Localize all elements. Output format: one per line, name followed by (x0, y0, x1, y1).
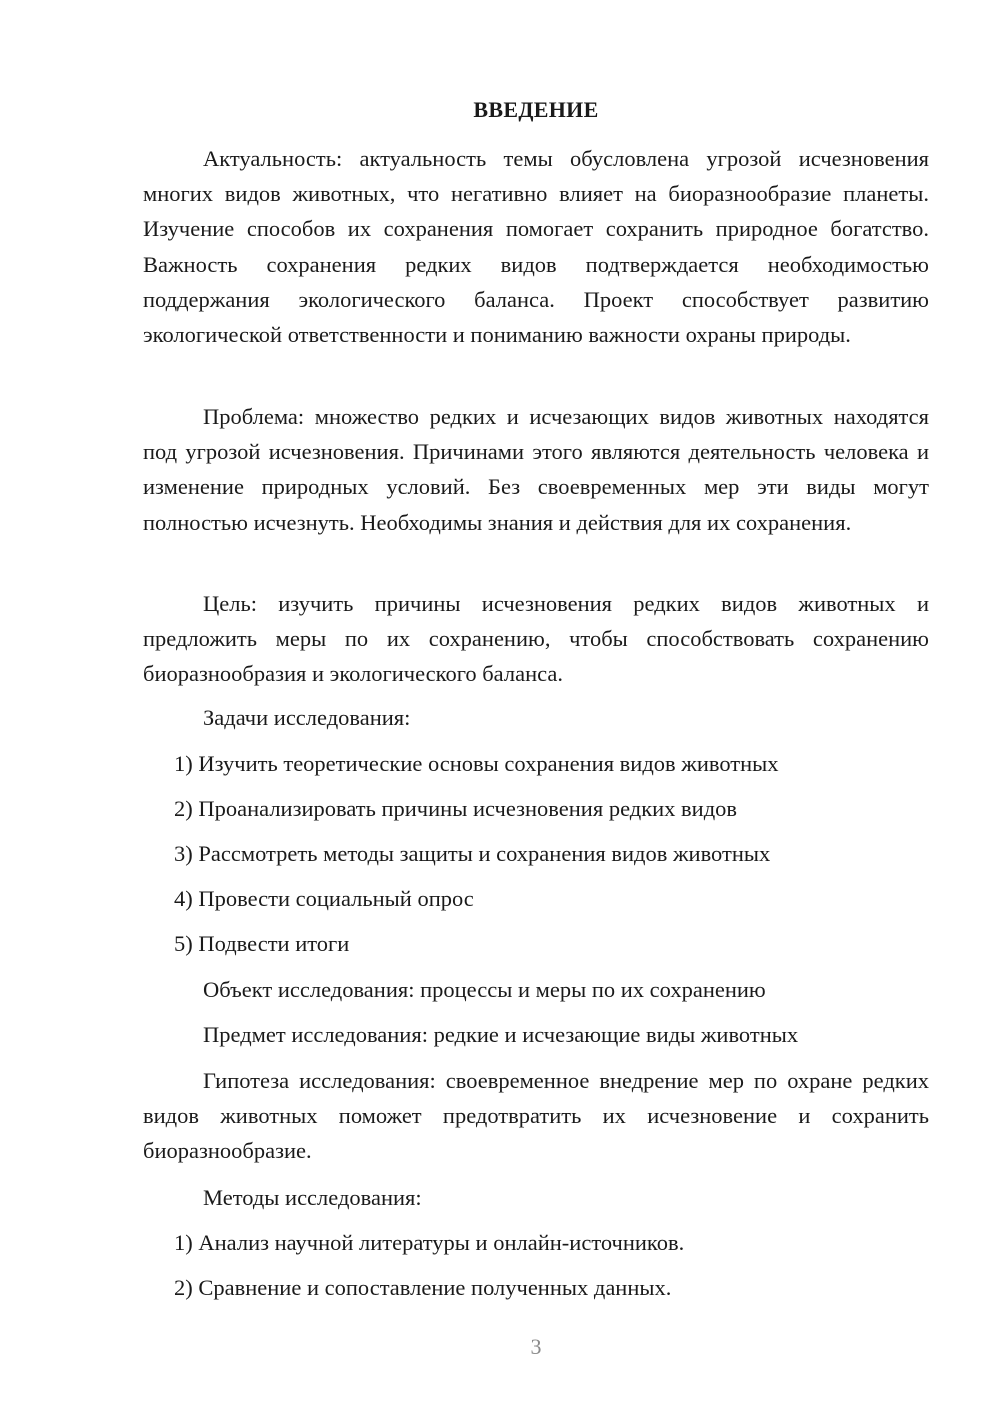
tasks-heading: Задачи исследования: (203, 703, 410, 733)
method-item: 1) Анализ научной литературы и онлайн-ис… (174, 1228, 684, 1258)
task-item: 1) Изучить теоретические основы сохранен… (174, 749, 779, 779)
section-title: ВВЕДЕНИЕ (0, 96, 1000, 124)
problem-paragraph: Проблема: множество редких и исчезающих … (143, 399, 929, 540)
document-page: ВВЕДЕНИЕ Актуальность: актуальность темы… (0, 0, 1000, 1414)
hypothesis-paragraph: Гипотеза исследования: своевременное вне… (143, 1063, 929, 1169)
task-item: 5) Подвести итоги (174, 929, 349, 959)
relevance-paragraph: Актуальность: актуальность темы обусловл… (143, 141, 929, 352)
page-number: 3 (0, 1334, 1000, 1360)
subject-line: Предмет исследования: редкие и исчезающи… (203, 1020, 798, 1050)
goal-paragraph: Цель: изучить причины исчезновения редки… (143, 586, 929, 692)
task-item: 4) Провести социальный опрос (174, 884, 474, 914)
task-item: 3) Рассмотреть методы защиты и сохранени… (174, 839, 770, 869)
task-item: 2) Проанализировать причины исчезновения… (174, 794, 737, 824)
methods-heading: Методы исследования: (203, 1183, 422, 1213)
object-line: Объект исследования: процессы и меры по … (203, 975, 766, 1005)
method-item: 2) Сравнение и сопоставление полученных … (174, 1273, 671, 1303)
